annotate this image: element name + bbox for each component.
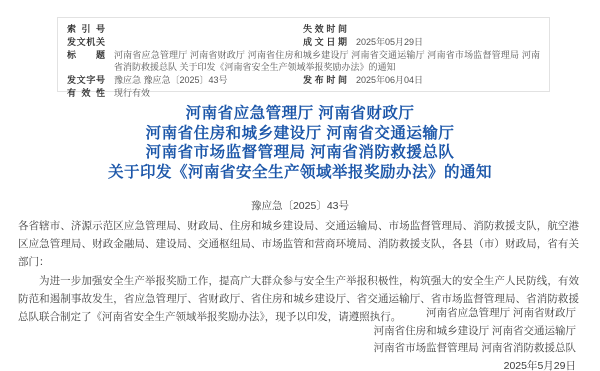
- meta-label-issuing-agency: 发文机关: [67, 36, 105, 49]
- meta-value-written-date: 2025年05月29日: [356, 36, 540, 49]
- meta-value-doc-number: 豫应急 豫应急〔2025〕43号: [114, 74, 294, 87]
- document-title-line-2: 河南省住房和城乡建设厅 河南省交通运输厅: [0, 124, 600, 144]
- meta-label-index-no: 索引号: [67, 23, 105, 36]
- meta-grid: 索引号 失效时间 发文机关 成文日期 2025年05月29日 标题 河南省应急管…: [67, 23, 540, 100]
- salutation-paragraph: 各省辖市、济源示范区应急管理局、财政局、住房和城乡建设局、交通运输局、市场监督管…: [18, 217, 579, 272]
- meta-label-validity: 有效性: [67, 87, 105, 100]
- document-number: 豫应急〔2025〕43号: [0, 198, 600, 213]
- signature-line-2: 河南省住房和城乡建设厅 河南省交通运输厅: [374, 323, 576, 341]
- meta-label-title: 标题: [67, 49, 105, 75]
- document-title-line-3: 河南省市场监督管理局 河南省消防救援总队: [0, 143, 600, 163]
- document-meta-table: 索引号 失效时间 发文机关 成文日期 2025年05月29日 标题 河南省应急管…: [57, 17, 550, 92]
- meta-value-index-no: [114, 23, 294, 36]
- meta-value-publish-date: 2025年06月04日: [356, 74, 540, 87]
- meta-label-doc-number: 发文字号: [67, 74, 105, 87]
- meta-label-written-date: 成文日期: [303, 36, 347, 49]
- signature-line-3: 河南省市场监督管理局 河南省消防救援总队: [374, 340, 576, 358]
- document-title: 河南省应急管理厅 河南省财政厅 河南省住房和城乡建设厅 河南省交通运输厅 河南省…: [0, 104, 600, 182]
- meta-value-validity: 现行有效: [114, 87, 540, 100]
- meta-value-expiry-date: [356, 23, 540, 36]
- document-title-line-4: 关于印发《河南省安全生产领域举报奖励办法》的通知: [0, 163, 600, 183]
- meta-label-expiry-date: 失效时间: [303, 23, 347, 36]
- document-page: 索引号 失效时间 发文机关 成文日期 2025年05月29日 标题 河南省应急管…: [0, 0, 600, 371]
- signature-block: 河南省应急管理厅 河南省财政厅 河南省住房和城乡建设厅 河南省交通运输厅 河南省…: [374, 305, 576, 371]
- document-title-line-1: 河南省应急管理厅 河南省财政厅: [0, 104, 600, 124]
- signature-line-1: 河南省应急管理厅 河南省财政厅: [374, 305, 576, 323]
- meta-value-title: 河南省应急管理厅 河南省财政厅 河南省住房和城乡建设厅 河南省交通运输厅 河南省…: [114, 49, 540, 75]
- meta-label-publish-date: 发布时间: [303, 74, 347, 87]
- meta-value-issuing-agency: [114, 36, 294, 49]
- signature-date: 2025年5月29日: [374, 358, 576, 371]
